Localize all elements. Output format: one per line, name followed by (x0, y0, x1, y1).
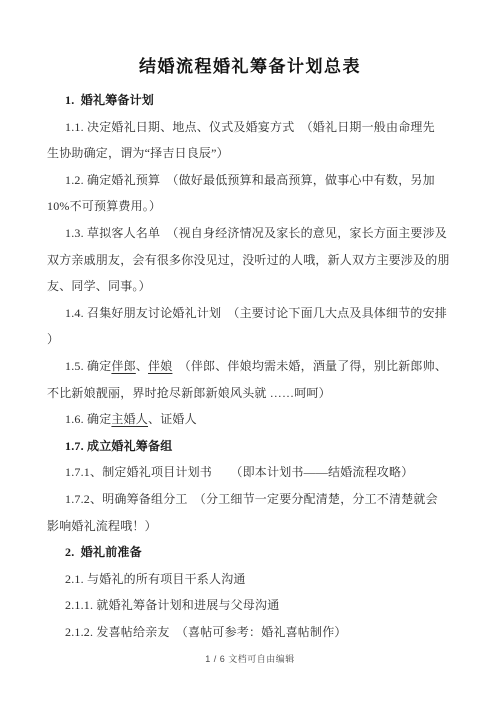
item-1-5-rest: （伴郎、伴娘均需未婚，酒量了得，别比新郎帅、 (172, 359, 447, 373)
item-1-5-line-1: 1.5. 确定伴郎、伴娘 （伴郎、伴娘均需未婚，酒量了得，别比新郎帅、 (47, 353, 455, 380)
item-1-5-groomsman-underlined: 伴郎 (111, 359, 135, 373)
item-1-4-line-1: 1.4. 召集好朋友讨论婚礼计划 （主要讨论下面几大点及具体细节的安排 (47, 300, 455, 327)
item-1-1-line-2: 生协助确定，谓为“择吉日良辰”） (47, 140, 455, 167)
item-2-1-1-line: 2.1.1. 就婚礼筹备计划和进展与父母沟通 (47, 592, 455, 619)
item-1-6-prefix: 1.6. 确定 (65, 412, 111, 426)
item-1-7-1-line: 1.7.1、制定婚礼项目计划书 （即本计划书——结婚流程攻略） (47, 459, 455, 486)
item-2-1-line: 2.1. 与婚礼的所有项目干系人沟通 (47, 566, 455, 593)
item-1-5-bridesmaid-underlined: 伴娘 (148, 359, 172, 373)
item-1-3-line-1: 1.3. 草拟客人名单 （视自身经济情况及家长的意见，家长方面主要涉及 (47, 220, 455, 247)
item-1-7-2-line-2: 影响婚礼流程哦！） (47, 513, 455, 540)
page-title: 结婚流程婚礼筹备计划总表 (0, 52, 500, 77)
item-1-1-line-1: 1.1. 决定婚礼日期、地点、仪式及婚宴方式 （婚礼日期一般由命理先 (47, 114, 455, 141)
page-footer: 1 / 6 文档可自由编辑 (0, 652, 500, 665)
item-1-3-line-3: 友、同学、同事。） (47, 273, 455, 300)
document-page: 结婚流程婚礼筹备计划总表 1. 婚礼筹备计划 1.1. 决定婚礼日期、地点、仪式… (0, 0, 500, 708)
item-1-3-line-2: 双方亲戚朋友，会有很多你没见过，没听过的人哦，新人双方主要涉及的朋 (47, 247, 455, 274)
item-1-2-line-2: 10%不可预算费用。） (47, 193, 455, 220)
item-1-5-separator: 、 (136, 359, 148, 373)
item-2-1-2-line: 2.1.2. 发喜帖给亲友 （喜帖可参考：婚礼喜帖制作） (47, 619, 455, 646)
section-1-7-heading: 1.7. 成立婚礼筹备组 (47, 433, 455, 460)
item-1-6-rest: 、证婚人 (148, 412, 197, 426)
item-1-5-prefix: 1.5. 确定 (65, 359, 111, 373)
item-1-4-line-2: ） (47, 326, 455, 353)
section-1-heading: 1. 婚礼筹备计划 (47, 87, 455, 114)
item-1-6-line: 1.6. 确定主婚人、证婚人 (47, 406, 455, 433)
item-1-7-2-line-1: 1.7.2、明确筹备组分工 （分工细节一定要分配清楚，分工不清楚就会 (47, 486, 455, 513)
item-1-5-line-2: 不比新娘靓丽，界时抢尽新郎新娘风头就 ……呵呵） (47, 380, 455, 407)
item-1-2-line-1: 1.2. 确定婚礼预算 （做好最低预算和最高预算，做事心中有数，另加 (47, 167, 455, 194)
section-2-heading: 2. 婚礼前准备 (47, 539, 455, 566)
item-1-6-officiant-underlined: 主婚人 (111, 412, 148, 426)
document-body: 1. 婚礼筹备计划 1.1. 决定婚礼日期、地点、仪式及婚宴方式 （婚礼日期一般… (47, 87, 455, 645)
